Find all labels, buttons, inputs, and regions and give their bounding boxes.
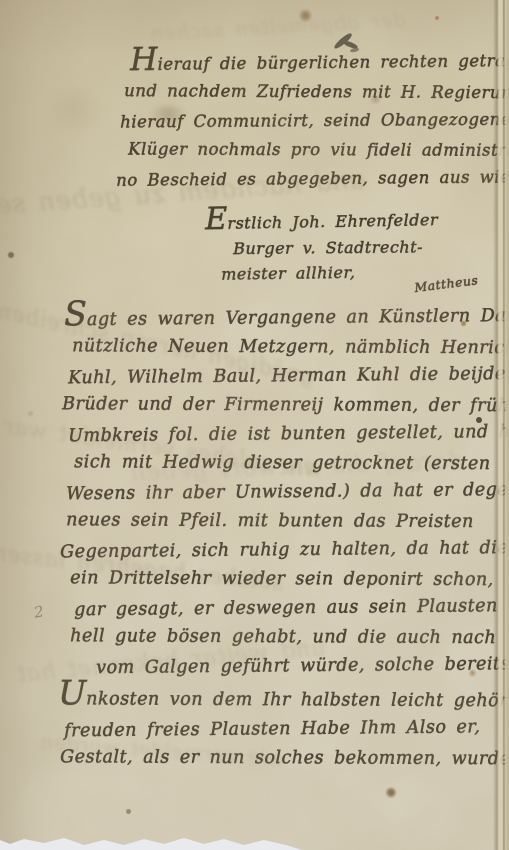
manuscript-line: und nachdem Zufriedens mit H. Regierung — [124, 76, 506, 107]
signature-line: meister allhier, — [221, 258, 438, 287]
manuscript-line: Kuhl, Wilhelm Baul, Herman Kuhl die beij… — [68, 360, 504, 393]
signature-line: Erstlich Joh. Ehrenfelder — [205, 204, 438, 237]
manuscript-line: sich mit Hedwig dieser getrocknet (erste… — [74, 448, 504, 479]
manuscript-line: freuden freies Plausten Habe Ihm Also er… — [64, 713, 504, 746]
manuscript-line: Unkosten von dem Ihr halbsten leicht geh… — [58, 680, 504, 716]
ink-stain — [385, 787, 397, 798]
manuscript-line: Hierauf die bürgerlichen rechten getrage… — [130, 44, 506, 79]
aging-stain — [40, 88, 110, 132]
manuscript-line: Brüder und der Firmenreij kommen, der fr… — [62, 390, 504, 421]
scanned-manuscript-page: und nachdem zu geben sey gnädigen herren… — [0, 0, 509, 850]
signature-block: Erstlich Joh. Ehrenfelder Burger v. Stad… — [205, 206, 438, 286]
body-paragraph: Sagt es waren Vergangene an Künstlern Da… — [58, 299, 504, 773]
manuscript-line: hell gute bösen gehabt, und die auch nac… — [70, 622, 504, 653]
ink-dot — [126, 809, 131, 814]
ink-stain — [8, 252, 14, 258]
ink-stain — [298, 9, 313, 22]
manuscript-line: ein Drittelsehr wieder sein deponirt sch… — [70, 564, 504, 595]
manuscript-line: Sagt es waren Vergangene an Künstlern Da… — [64, 297, 504, 335]
ink-stain — [26, 410, 35, 417]
manuscript-line: neues sein Pfeil. mit bunten das Preiste… — [66, 506, 504, 537]
manuscript-line: Wesens ihr aber Unwissend.) da hat er de… — [66, 476, 504, 509]
manuscript-line: gar gesagt, er deswegen aus sein Plauste… — [74, 592, 504, 625]
intro-paragraph: Hierauf die bürgerlichen rechten getrage… — [126, 46, 506, 193]
margin-mark: 2 — [33, 602, 46, 621]
manuscript-line: Klüger nochmals pro viu fideli administr… — [128, 134, 506, 164]
manuscript-line: Umbkreis fol. die ist bunten gestellet, … — [68, 418, 504, 451]
signature-line: Burger v. Stadtrecht- — [233, 234, 438, 261]
manuscript-line: Gestalt, als er nun solches bekommen, wu… — [60, 743, 504, 774]
bleed-through-text: der obgemelten sachen — [150, 7, 407, 44]
manuscript-line: no Bescheid es abgegeben, sagen aus wie … — [116, 162, 506, 194]
paper-sheet: und nachdem zu geben sey gnädigen herren… — [0, 0, 509, 850]
manuscript-line: vom Galgen geführt würde, solche bereits — [96, 650, 504, 683]
red-speck — [435, 16, 439, 20]
manuscript-line: Gegenpartei, sich ruhig zu halten, da ha… — [60, 534, 504, 567]
manuscript-line: hierauf Communicirt, seind Obangezogene — [120, 105, 506, 137]
manuscript-line: nützliche Neuen Metzgern, nämblich Henri… — [72, 332, 504, 363]
